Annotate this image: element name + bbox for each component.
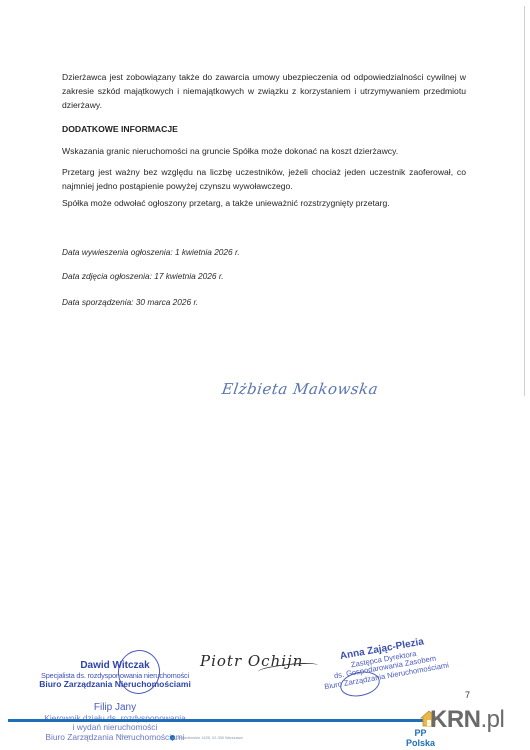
stamp-plezia: Anna Zając-Plezia Zastępca Dyrektora ds.… <box>312 632 456 693</box>
stamp-witczak: Dawid Witczak Specjalista ds. rozdyspono… <box>20 660 210 690</box>
krn-watermark: KRN.pl <box>430 706 504 734</box>
paragraph-boundaries: Wskazania granic nieruchomości na grunci… <box>62 144 466 158</box>
date-posted: Data wywieszenia ogłoszenia: 1 kwietnia … <box>62 247 240 257</box>
stamp-name: Filip Jany <box>20 702 210 714</box>
paragraph-insurance: Dzierżawca jest zobowiązany także do zaw… <box>62 70 466 112</box>
krn-brand: KRN <box>430 706 481 733</box>
heading-additional-info: DODATKOWE INFORMACJE <box>62 124 178 134</box>
stamp-dept: Biuro Zarządzania Nieruchomościami <box>20 680 210 690</box>
signature-main: Elżbieta Makowska <box>221 380 380 398</box>
paragraph-validity: Przetarg jest ważny bez względu na liczb… <box>62 165 466 193</box>
date-prepared: Data sporządzenia: 30 marca 2026 r. <box>62 297 198 307</box>
footer-contact-email: ▪▪▪▪▪▪▪▪▪ <box>118 734 129 738</box>
page-edge-line <box>524 6 525 396</box>
krn-suffix: .pl <box>481 706 505 733</box>
footer-accent-bar <box>8 719 428 722</box>
footer-address: ul. Jerozolimskie 142B, 02-305 Warszawa <box>172 736 243 740</box>
date-removed: Data zdjęcia ogłoszenia: 17 kwietnia 202… <box>62 271 224 281</box>
paragraph-cancel: Spółka może odwołać ogłoszony przetarg, … <box>62 196 466 210</box>
footer-contact-phone: ▪▪▪▪▪▪▪▪▪ <box>80 734 91 738</box>
page-number: 7 <box>465 690 470 700</box>
stamp-name: Dawid Witczak <box>20 660 210 672</box>
pp-logo-text: Polska <box>406 738 435 748</box>
